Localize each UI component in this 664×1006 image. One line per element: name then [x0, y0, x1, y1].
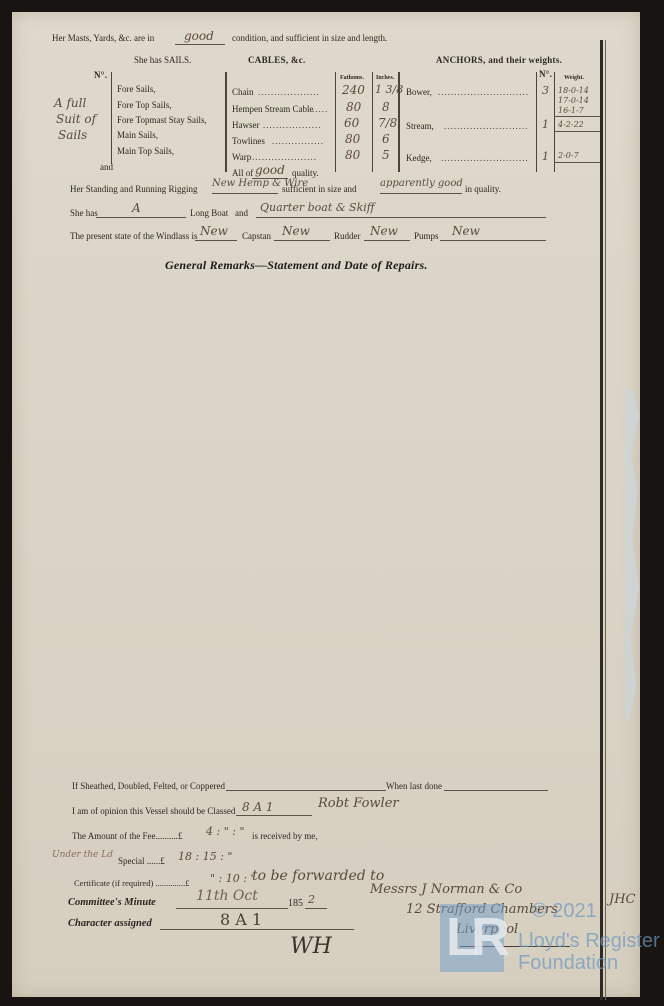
year-underline: [305, 908, 327, 909]
cable-inches: 6: [382, 132, 390, 146]
cables-quality-value: good: [255, 163, 285, 177]
cables-fathoms-rule: [335, 72, 336, 172]
cable-fathoms: 80: [346, 100, 361, 114]
pumps-underline: [440, 240, 546, 241]
cables-header: CABLES, &c.: [248, 55, 306, 65]
rigging-underline-1: [212, 193, 278, 194]
committee-underline: [176, 908, 288, 909]
watermark-year: © 2021: [532, 900, 597, 923]
windlass-underline: [195, 240, 237, 241]
sail-item: Fore Sails,: [117, 84, 156, 94]
leader-dots: ...................: [258, 87, 320, 97]
cable-fathoms: 80: [345, 132, 360, 146]
cable-fathoms: 60: [344, 116, 359, 130]
classed-value: 8 A 1: [242, 800, 274, 814]
anchor-count: 1: [542, 150, 549, 163]
inches-col-header: Inches.: [376, 75, 394, 81]
anchor-weight: 4-2-22: [558, 120, 584, 129]
cable-inches: 7/8: [378, 116, 397, 130]
sails-handwritten-1: A full: [54, 96, 86, 110]
anchors-weight-rule: [554, 72, 555, 172]
anchors-no-rule: [536, 72, 537, 172]
cables-quality-suffix: quality.: [292, 168, 319, 178]
lr-logo-letters: LR: [446, 906, 502, 968]
character-value: 8 A 1: [220, 910, 262, 929]
boats-middle: Long Boat and: [190, 208, 248, 218]
rudder-label: Rudder: [334, 231, 361, 241]
leader-dots: ..........................: [444, 121, 529, 131]
masts-value: good: [184, 29, 214, 43]
certificate-note: to be forwarded to: [252, 868, 384, 884]
anchor-rule: [554, 116, 600, 117]
sail-item: Main Sails,: [117, 130, 158, 140]
sails-and-label: and: [100, 162, 113, 172]
capstan-label: Capstan: [242, 231, 271, 241]
initials-signature: WH: [290, 934, 332, 959]
anchor-name: Kedge,: [406, 153, 432, 163]
sails-divider: [111, 72, 112, 164]
surveyor-signature: Robt Fowler: [318, 796, 399, 811]
anchors-weight-header: Weight.: [564, 75, 584, 81]
leader-dots: ............................: [438, 87, 529, 97]
when-last-done-label: When last done: [386, 781, 442, 791]
cable-name: Hempen Stream Cable: [232, 104, 313, 114]
committee-label: Committee's Minute: [68, 897, 156, 908]
anchor-rule: [554, 162, 600, 163]
special-margin-note: Under the Ld: [52, 850, 113, 860]
boats-underline-1: [96, 217, 186, 218]
watermark-line-2: Foundation: [518, 952, 618, 975]
masts-suffix: condition, and sufficient in size and le…: [232, 33, 387, 43]
character-label: Character assigned: [68, 918, 152, 929]
special-label: Special ......£: [118, 856, 165, 866]
boats-value-1: A: [132, 201, 141, 215]
cable-inches: 5: [382, 148, 390, 162]
sails-no-label: N°.: [94, 70, 107, 80]
classed-underline: [236, 815, 312, 816]
margin-initials: JHC: [609, 892, 636, 907]
anchor-count: 3: [542, 84, 549, 97]
anchor-weight: 2-0-7: [558, 151, 579, 160]
page-fold-rule: [600, 40, 603, 1000]
rigging-middle: sufficient in size and: [282, 184, 357, 194]
cable-fathoms: 80: [345, 148, 360, 162]
anchor-weight: 18-0-14: [558, 86, 589, 95]
cable-name: Hawser: [232, 120, 260, 130]
sheathed-label: If Sheathed, Doubled, Felted, or Coppere…: [72, 781, 225, 791]
capstan-underline: [274, 240, 330, 241]
anchor-name: Stream,: [406, 121, 434, 131]
cable-name: Warp: [232, 152, 251, 162]
certificate-value: " : 10 : ": [210, 872, 256, 885]
state-label: The present state of the Windlass is: [70, 231, 197, 241]
fee-value: 4 : " : ": [206, 825, 245, 838]
rudder-value: New: [370, 224, 398, 238]
leader-dots: ....................: [252, 152, 317, 162]
special-value: 18 : 15 : ": [178, 850, 232, 863]
anchor-weight: 16-1-7: [558, 106, 584, 115]
anchors-header: ANCHORS, and their weights.: [436, 55, 562, 65]
sails-handwritten-3: Sails: [58, 128, 87, 142]
anchor-name: Bower,: [406, 87, 432, 97]
general-remarks-heading: General Remarks—Statement and Date of Re…: [165, 258, 428, 273]
cable-name: Towlines: [232, 136, 265, 146]
watermark-line-1: Lloyd's Register: [518, 930, 660, 953]
capstan-value: New: [282, 224, 310, 238]
rigging-suffix: in quality.: [465, 184, 501, 194]
lr-logo-icon: LR: [440, 904, 504, 972]
leader-dots: ................: [272, 136, 324, 146]
boats-value-2: Quarter boat & Skiff: [260, 201, 375, 214]
boats-label: She has: [70, 208, 98, 218]
anchor-rule: [554, 131, 600, 132]
classed-label: I am of opinion this Vessel should be Cl…: [72, 806, 235, 816]
leader-dots: .....: [312, 104, 328, 114]
cable-inches: 8: [382, 100, 390, 114]
anchor-weight: 17-0-14: [558, 96, 589, 105]
fathoms-col-header: Fathoms.: [340, 75, 364, 81]
leader-dots: ...........................: [441, 153, 529, 163]
cable-fathoms: 240: [342, 83, 365, 97]
page-fold-rule-2: [605, 40, 606, 1000]
sail-item: Main Top Sails,: [117, 146, 174, 156]
masts-underline: [175, 44, 225, 45]
sails-header: She has SAILS.: [134, 55, 191, 65]
cables-left-rule: [225, 72, 227, 172]
cables-inches-rule: [372, 72, 373, 172]
character-underline: [160, 929, 354, 930]
committee-year-prefix: 185: [288, 898, 303, 909]
rigging-underline-2: [380, 193, 462, 194]
leader-dots: ..................: [263, 120, 322, 130]
windlass-value: New: [200, 224, 228, 238]
anchor-count: 1: [542, 118, 549, 131]
fee-label: The Amount of the Fee..........£: [72, 831, 182, 841]
when-last-done-field: [444, 790, 548, 791]
rigging-value-2: apparently good: [380, 178, 463, 189]
certificate-label: Certificate (if required) ..............…: [74, 878, 189, 888]
cables-quality-label: All of: [232, 168, 253, 178]
sheathed-field: [226, 790, 386, 791]
cable-name: Chain: [232, 87, 254, 97]
sail-item: Fore Topmast Stay Sails,: [117, 115, 207, 125]
pumps-label: Pumps: [414, 231, 439, 241]
rigging-label: Her Standing and Running Rigging: [70, 184, 198, 194]
sail-item: Fore Top Sails,: [117, 100, 171, 110]
committee-value: 11th Oct: [196, 888, 258, 904]
anchors-no-header: N°.: [539, 69, 552, 79]
forward-address-line-1: Messrs J Norman & Co: [370, 882, 522, 897]
rudder-underline: [364, 240, 410, 241]
committee-year-suffix: 2: [308, 893, 315, 906]
survey-report-page: Her Masts, Yards, &c. are in good condit…: [12, 12, 640, 997]
pumps-value: New: [452, 224, 480, 238]
boats-underline-2: [256, 217, 546, 218]
masts-label: Her Masts, Yards, &c. are in: [52, 33, 154, 43]
cable-inches: 1 3/8: [375, 83, 403, 96]
sails-handwritten-2: Suit of: [56, 112, 96, 126]
fee-suffix: is received by me,: [252, 831, 317, 841]
